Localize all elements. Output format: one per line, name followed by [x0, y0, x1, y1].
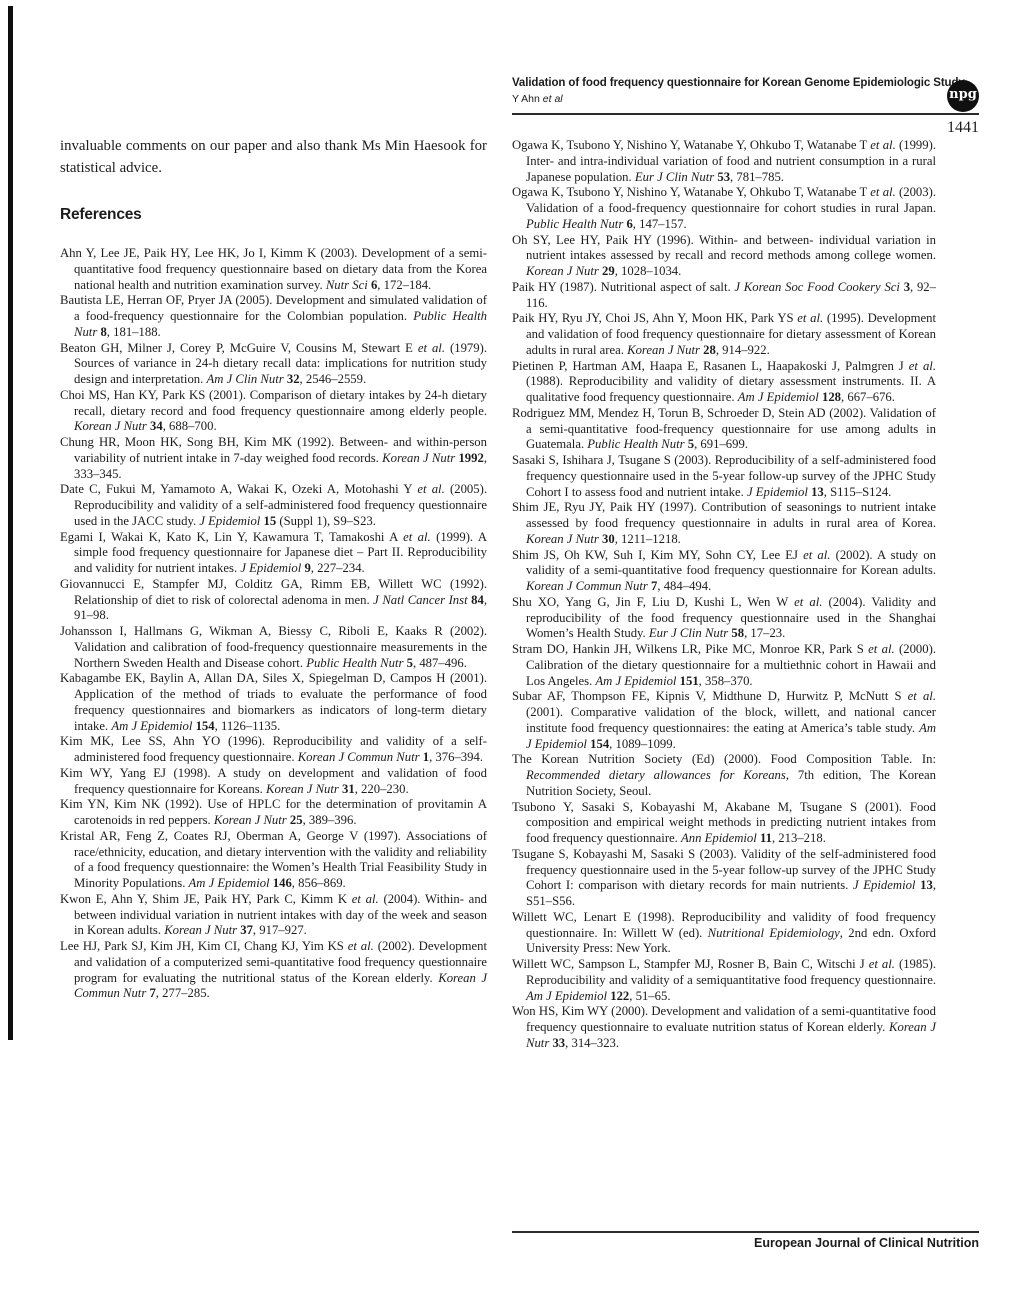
- reference-item: Subar AF, Thompson FE, Kipnis V, Midthun…: [512, 689, 936, 752]
- reference-item: Won HS, Kim WY (2000). Development and v…: [512, 1004, 936, 1051]
- references-column-right: Ogawa K, Tsubono Y, Nishino Y, Watanabe …: [512, 138, 936, 1052]
- reference-item: Pietinen P, Hartman AM, Haapa E, Rasanen…: [512, 359, 936, 406]
- reference-item: Egami I, Wakai K, Kato K, Lin Y, Kawamur…: [60, 530, 487, 577]
- reference-item: Willett WC, Lenart E (1998). Reproducibi…: [512, 910, 936, 957]
- reference-item: Date C, Fukui M, Yamamoto A, Wakai K, Oz…: [60, 482, 487, 529]
- reference-item: Shim JS, Oh KW, Suh I, Kim MY, Sohn CY, …: [512, 548, 936, 595]
- reference-item: Ogawa K, Tsubono Y, Nishino Y, Watanabe …: [512, 185, 936, 232]
- reference-item: Rodriguez MM, Mendez H, Torun B, Schroed…: [512, 406, 936, 453]
- reference-item: Tsugane S, Kobayashi M, Sasaki S (2003).…: [512, 847, 936, 910]
- reference-item: Tsubono Y, Sasaki S, Kobayashi M, Akaban…: [512, 800, 936, 847]
- reference-item: Giovannucci E, Stampfer MJ, Colditz GA, …: [60, 577, 487, 624]
- reference-item: Oh SY, Lee HY, Paik HY (1996). Within- a…: [512, 233, 936, 280]
- page-number: 1441: [512, 119, 979, 137]
- references-heading: References: [60, 206, 142, 224]
- footer-rule: [512, 1231, 979, 1233]
- reference-item: Kim MK, Lee SS, Ahn YO (1996). Reproduci…: [60, 734, 487, 766]
- reference-item: Chung HR, Moon HK, Song BH, Kim MK (1992…: [60, 435, 487, 482]
- reference-item: Kim WY, Yang EJ (1998). A study on devel…: [60, 766, 487, 798]
- reference-item: Paik HY, Ryu JY, Choi JS, Ahn Y, Moon HK…: [512, 311, 936, 358]
- reference-item: Lee HJ, Park SJ, Kim JH, Kim CI, Chang K…: [60, 939, 487, 1002]
- reference-item: Paik HY (1987). Nutritional aspect of sa…: [512, 280, 936, 312]
- reference-item: Ogawa K, Tsubono Y, Nishino Y, Watanabe …: [512, 138, 936, 185]
- reference-item: The Korean Nutrition Society (Ed) (2000)…: [512, 752, 936, 799]
- reference-item: Willett WC, Sampson L, Stampfer MJ, Rosn…: [512, 957, 936, 1004]
- journal-page: { "header": { "running_title": "Validati…: [0, 0, 1024, 1301]
- running-title: Validation of food frequency questionnai…: [512, 77, 979, 90]
- reference-item: Bautista LE, Herran OF, Pryer JA (2005).…: [60, 293, 487, 340]
- reference-item: Johansson I, Hallmans G, Wikman A, Biess…: [60, 624, 487, 671]
- reference-item: Kristal AR, Feng Z, Coates RJ, Oberman A…: [60, 829, 487, 892]
- running-authors-name: Y Ahn: [512, 93, 543, 105]
- running-authors-etal: et al: [543, 93, 563, 105]
- reference-item: Kwon E, Ahn Y, Shim JE, Paik HY, Park C,…: [60, 892, 487, 939]
- reference-item: Kim YN, Kim NK (1992). Use of HPLC for t…: [60, 797, 487, 829]
- reference-item: Ahn Y, Lee JE, Paik HY, Lee HK, Jo I, Ki…: [60, 246, 487, 293]
- reference-item: Beaton GH, Milner J, Corey P, McGuire V,…: [60, 341, 487, 388]
- journal-name: European Journal of Clinical Nutrition: [512, 1236, 979, 1250]
- reference-item: Sasaki S, Ishihara J, Tsugane S (2003). …: [512, 453, 936, 500]
- reference-item: Stram DO, Hankin JH, Wilkens LR, Pike MC…: [512, 642, 936, 689]
- header-rule: [512, 113, 979, 115]
- reference-item: Shim JE, Ryu JY, Paik HY (1997). Contrib…: [512, 500, 936, 547]
- reference-item: Shu XO, Yang G, Jin F, Liu D, Kushi L, W…: [512, 595, 936, 642]
- reference-item: Kabagambe EK, Baylin A, Allan DA, Siles …: [60, 671, 487, 734]
- scan-edge-bar: [8, 6, 13, 1040]
- npg-logo: npg: [947, 80, 979, 112]
- acknowledgment-text: invaluable comments on our paper and als…: [60, 136, 487, 179]
- running-authors: Y Ahn et al: [512, 93, 563, 105]
- reference-item: Choi MS, Han KY, Park KS (2001). Compari…: [60, 388, 487, 435]
- references-column-left: Ahn Y, Lee JE, Paik HY, Lee HK, Jo I, Ki…: [60, 246, 487, 1002]
